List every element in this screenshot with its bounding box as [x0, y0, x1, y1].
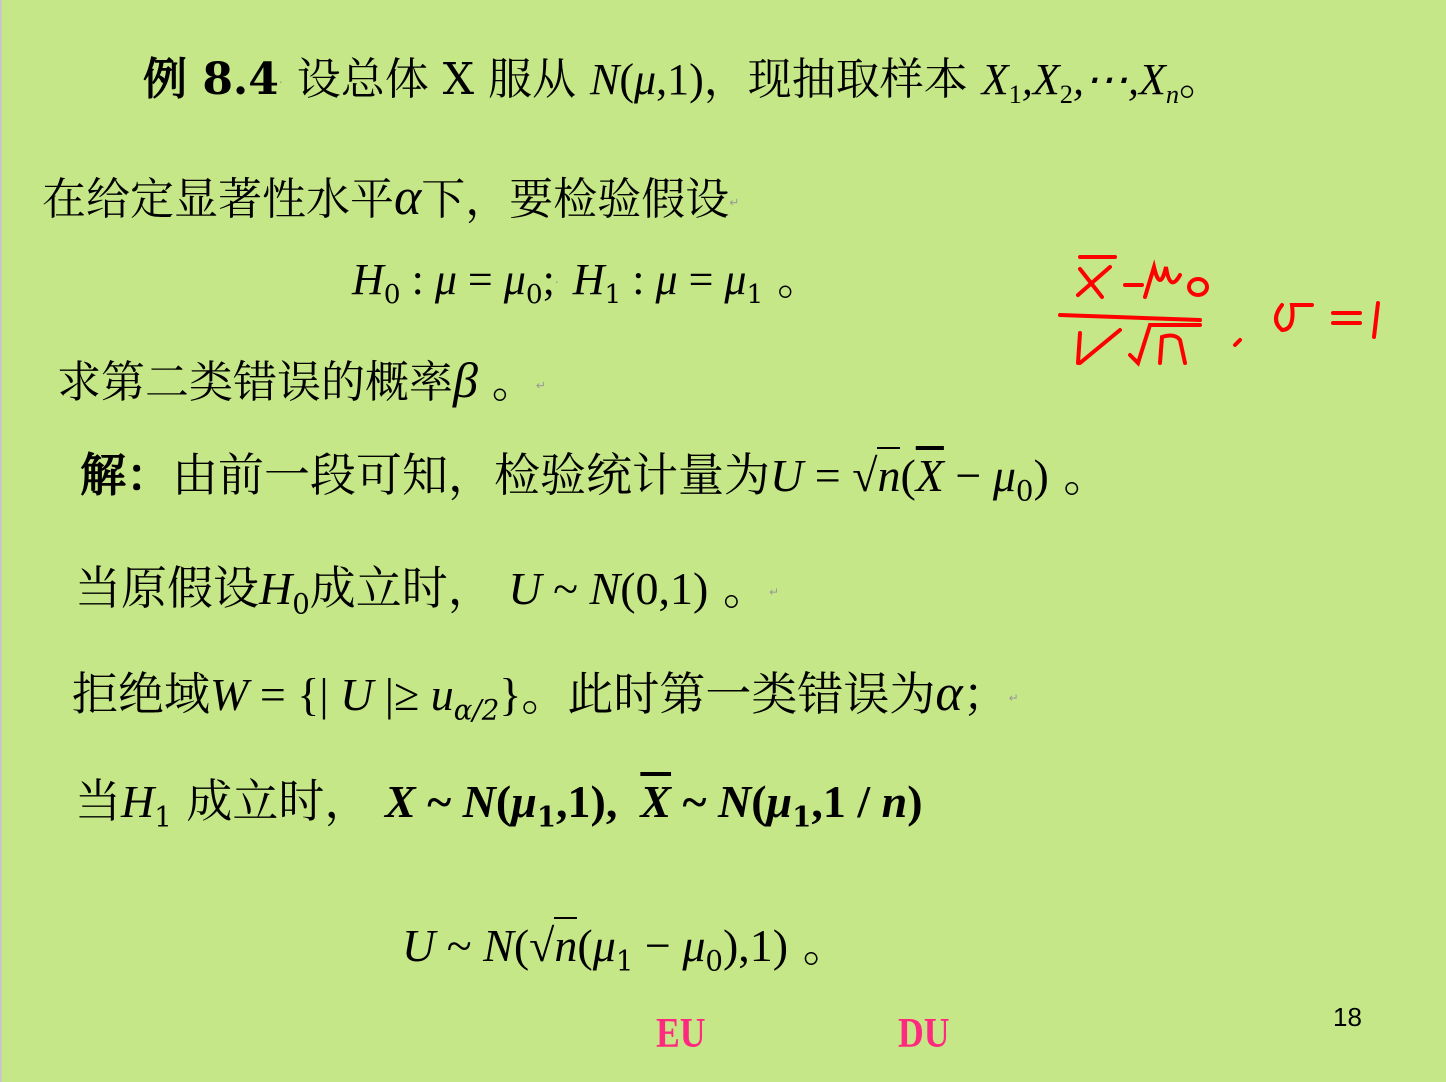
sample-formula: X1,X2,⋯,Xn: [982, 55, 1179, 104]
u-distribution-under-h1: U ~ N(√n(μ1 − μ0),1) 。: [402, 922, 849, 975]
rejection-region-line: 拒绝域W = {| U |≥ uα/2}。此时第一类错误为α；↵: [72, 668, 1019, 724]
slide-left-edge: [0, 0, 2, 1082]
dist-formula: N: [590, 55, 619, 104]
label-eu: EU: [656, 1010, 706, 1058]
h0-distribution-line: 当原假设H0成立时， U ~ N(0,1) 。↵: [75, 565, 779, 618]
page-number: 18: [1333, 1002, 1362, 1033]
example-heading: 例 8.4· 设总体 X 服从 N(μ,1)，现抽取样本 X1,X2,⋯,Xn。: [143, 58, 1223, 108]
handwritten-annotation: [1050, 245, 1430, 375]
label-du: DU: [898, 1010, 950, 1058]
significance-line: 在给定显著性水平α下，要检验假设↵: [42, 172, 739, 224]
example-label: 例 8.4: [143, 54, 279, 105]
example-intro: 设总体 X 服从: [297, 54, 576, 105]
solution-line: 解：由前一段可知，检验统计量为U = √n(X − μ0) 。: [80, 452, 1109, 505]
hypotheses-line: H0 : μ = μ0;· H1 : μ = μ1 。: [352, 258, 821, 309]
beta-question-line: 求第二类错误的概率β 。↵: [57, 355, 546, 405]
h1-distribution-line: 当H1 成立时， X ~ N(μ1,1), X ~ N(μ1,1 / n): [75, 778, 923, 831]
